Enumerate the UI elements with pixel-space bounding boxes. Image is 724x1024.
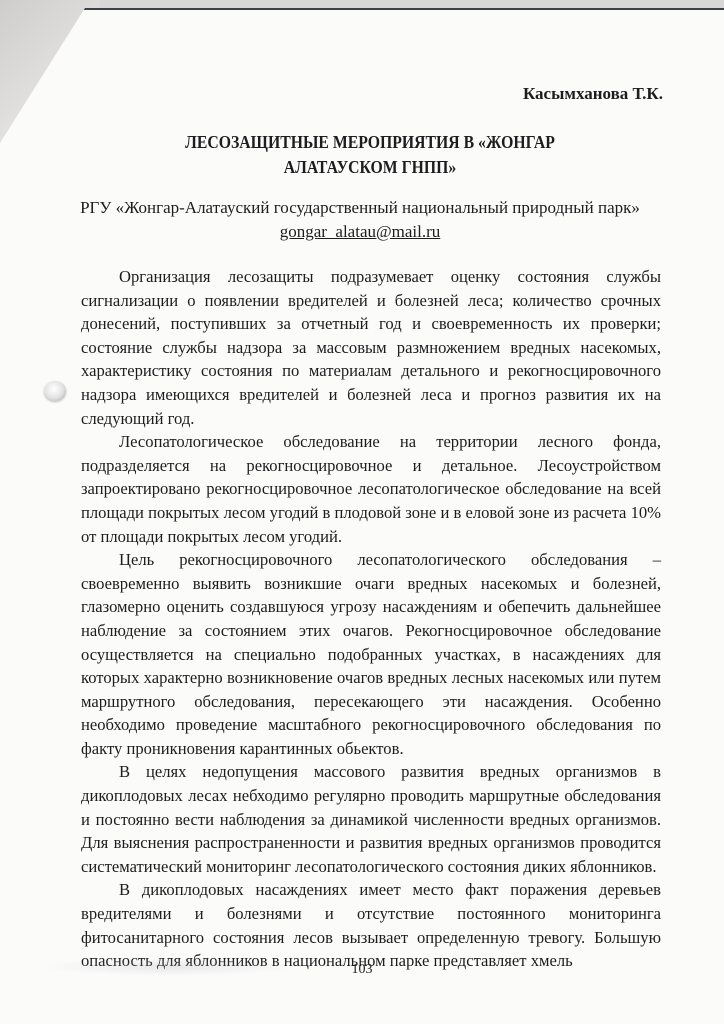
article-title: ЛЕСОЗАЩИТНЫЕ МЕРОПРИЯТИЯ В «ЖОНГАР АЛАТА… [118, 130, 622, 180]
title-line-1: ЛЕСОЗАЩИТНЫЕ МЕРОПРИЯТИЯ В «ЖОНГАР [118, 130, 622, 155]
affiliation: РГУ «Жонгар-Алатауский государственный н… [60, 196, 660, 220]
paragraph-4: В целях недопущения массового развития в… [81, 760, 661, 878]
punch-hole [44, 381, 66, 401]
title-line-2: АЛАТАУСКОМ ГНПП» [118, 155, 622, 180]
email-link[interactable]: gongar_alatau@mail.ru [280, 222, 441, 241]
paragraph-2: Лесопатологическое обследование на терри… [81, 430, 661, 548]
page-number: 103 [0, 962, 724, 978]
scanned-page: Касымханова Т.К. ЛЕСОЗАЩИТНЫЕ МЕРОПРИЯТИ… [0, 0, 724, 1024]
article-body: Организация лесозащиты подразумевает оце… [81, 265, 661, 973]
paragraph-3: Цель рекогносцировочного лесопатологичес… [81, 548, 661, 760]
affiliation-block: РГУ «Жонгар-Алатауский государственный н… [60, 196, 660, 244]
paragraph-1: Организация лесозащиты подразумевает оце… [81, 265, 661, 430]
author-name: Касымханова Т.К. [523, 84, 663, 104]
paper-sheet: Касымханова Т.К. ЛЕСОЗАЩИТНЫЕ МЕРОПРИЯТИ… [0, 8, 724, 1024]
